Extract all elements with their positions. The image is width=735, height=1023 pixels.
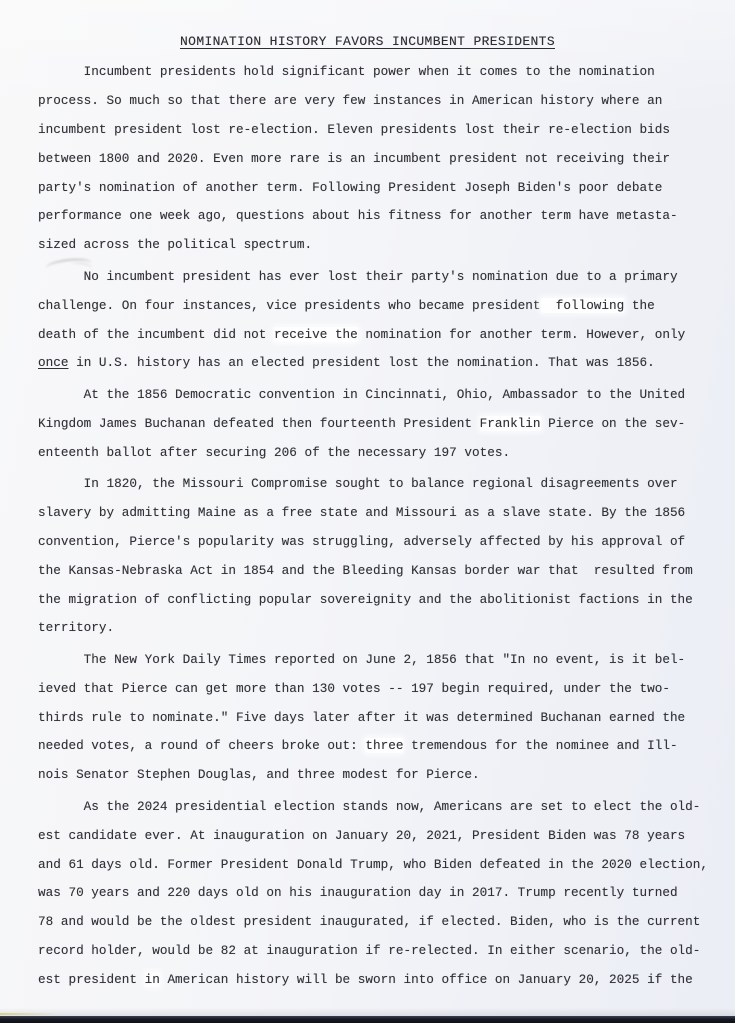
scan-background-band	[0, 1016, 735, 1023]
whiteout-corrected-segment: Franklin	[480, 416, 541, 431]
document-body: Incumbent presidents hold significant po…	[38, 58, 723, 995]
text-segment: No incumbent president has ever lost the…	[38, 269, 678, 284]
text-segment: In 1820, the Missouri Compromise sought …	[38, 476, 678, 491]
text-line: slavery by admitting Maine as a free sta…	[38, 499, 723, 528]
text-segment: est president	[38, 972, 145, 987]
text-segment: territory.	[38, 620, 114, 635]
text-segment: sized across the political spectrum.	[38, 237, 312, 252]
text-line: 78 and would be the oldest president ina…	[38, 908, 723, 937]
text-segment: incumbent president lost re-election. El…	[38, 122, 670, 137]
text-line: At the 1856 Democratic convention in Cin…	[38, 381, 723, 410]
text-segment: slavery by admitting Maine as a free sta…	[38, 505, 685, 520]
text-line: once in U.S. history has an elected pres…	[38, 349, 723, 378]
text-segment: 78 and would be the oldest president ina…	[38, 914, 700, 929]
text-line: In 1820, the Missouri Compromise sought …	[38, 470, 723, 499]
text-segment: Kingdom James Buchanan defeated then fou…	[38, 416, 480, 431]
text-line: between 1800 and 2020. Even more rare is…	[38, 145, 723, 174]
text-line: ieved that Pierce can get more than 130 …	[38, 675, 723, 704]
text-segment: nomination for another term. However, on…	[358, 327, 685, 342]
page-bottom-shadow	[0, 1008, 735, 1016]
text-segment: record holder, would be 82 at inaugurati…	[38, 943, 700, 958]
text-line: challenge. On four instances, vice presi…	[38, 292, 723, 321]
text-segment: process. So much so that there are very …	[38, 93, 662, 108]
text-line: performance one week ago, questions abou…	[38, 202, 723, 231]
text-line: party's nomination of another term. Foll…	[38, 174, 723, 203]
text-segment: performance one week ago, questions abou…	[38, 208, 678, 223]
text-segment: was 70 years and 220 days old on his ina…	[38, 885, 678, 900]
whiteout-corrected-segment: in	[145, 972, 160, 987]
text-segment: convention, Pierce's popularity was stru…	[38, 534, 685, 549]
paragraph: The New York Daily Times reported on Jun…	[38, 646, 723, 790]
text-line: sized across the political spectrum.	[38, 231, 723, 260]
text-line: Incumbent presidents hold significant po…	[38, 58, 723, 87]
text-segment: the	[624, 298, 654, 313]
text-segment: Incumbent presidents hold significant po…	[38, 64, 655, 79]
paragraph: No incumbent president has ever lost the…	[38, 263, 723, 379]
text-segment: between 1800 and 2020. Even more rare is…	[38, 151, 670, 166]
text-line: est candidate ever. At inauguration on J…	[38, 822, 723, 851]
text-line: thirds rule to nominate." Five days late…	[38, 704, 723, 733]
text-segment: est candidate ever. At inauguration on J…	[38, 828, 685, 843]
text-segment: nois Senator Stephen Douglas, and three …	[38, 767, 480, 782]
text-segment: death of the incumbent did not	[38, 327, 274, 342]
text-line: Kingdom James Buchanan defeated then fou…	[38, 410, 723, 439]
text-segment: party's nomination of another term. Foll…	[38, 180, 662, 195]
text-segment: Pierce on the sev-	[541, 416, 686, 431]
text-line: nois Senator Stephen Douglas, and three …	[38, 761, 723, 790]
text-segment: the migration of conflicting popular sov…	[38, 592, 693, 607]
whiteout-corrected-segment: following	[541, 298, 625, 313]
text-line: territory.	[38, 614, 723, 643]
text-line: convention, Pierce's popularity was stru…	[38, 528, 723, 557]
text-line: record holder, would be 82 at inaugurati…	[38, 937, 723, 966]
document-title: NOMINATION HISTORY FAVORS INCUMBENT PRES…	[0, 34, 735, 49]
text-line: No incumbent president has ever lost the…	[38, 263, 723, 292]
text-line: incumbent president lost re-election. El…	[38, 116, 723, 145]
scan-edge-artifact	[0, 1013, 58, 1015]
whiteout-corrected-segment: receive the	[274, 327, 358, 342]
text-segment: in U.S. history has an elected president…	[68, 355, 654, 370]
text-segment: tremendous for the nominee and Ill-	[403, 738, 677, 753]
text-line: death of the incumbent did not receive t…	[38, 321, 723, 350]
text-line: As the 2024 presidential election stands…	[38, 793, 723, 822]
text-line: process. So much so that there are very …	[38, 87, 723, 116]
text-line: enteenth ballot after securing 206 of th…	[38, 439, 723, 468]
text-segment: At the 1856 Democratic convention in Cin…	[38, 387, 685, 402]
text-segment: thirds rule to nominate." Five days late…	[38, 710, 685, 725]
text-line: needed votes, a round of cheers broke ou…	[38, 732, 723, 761]
text-segment: enteenth ballot after securing 206 of th…	[38, 445, 510, 460]
text-segment: the Kansas-Nebraska Act in 1854 and the …	[38, 563, 693, 578]
paragraph: As the 2024 presidential election stands…	[38, 793, 723, 995]
text-line: est president in American history will b…	[38, 966, 723, 995]
paragraph: Incumbent presidents hold significant po…	[38, 58, 723, 260]
text-segment: challenge. On four instances, vice presi…	[38, 298, 541, 313]
text-segment: needed votes, a round of cheers broke ou…	[38, 738, 365, 753]
text-line: was 70 years and 220 days old on his ina…	[38, 879, 723, 908]
paragraph: In 1820, the Missouri Compromise sought …	[38, 470, 723, 643]
text-segment: As the 2024 presidential election stands…	[38, 799, 700, 814]
text-segment: The New York Daily Times reported on Jun…	[38, 652, 685, 667]
whiteout-corrected-segment: three	[365, 738, 403, 753]
text-segment: American history will be sworn into offi…	[160, 972, 693, 987]
text-line: the migration of conflicting popular sov…	[38, 586, 723, 615]
text-line: and 61 days old. Former President Donald…	[38, 851, 723, 880]
underlined-text-segment: once	[38, 355, 68, 370]
text-segment: and 61 days old. Former President Donald…	[38, 857, 708, 872]
text-line: The New York Daily Times reported on Jun…	[38, 646, 723, 675]
paragraph: At the 1856 Democratic convention in Cin…	[38, 381, 723, 468]
text-line: the Kansas-Nebraska Act in 1854 and the …	[38, 557, 723, 586]
text-segment: ieved that Pierce can get more than 130 …	[38, 681, 670, 696]
scanned-document-page: NOMINATION HISTORY FAVORS INCUMBENT PRES…	[0, 0, 735, 1023]
